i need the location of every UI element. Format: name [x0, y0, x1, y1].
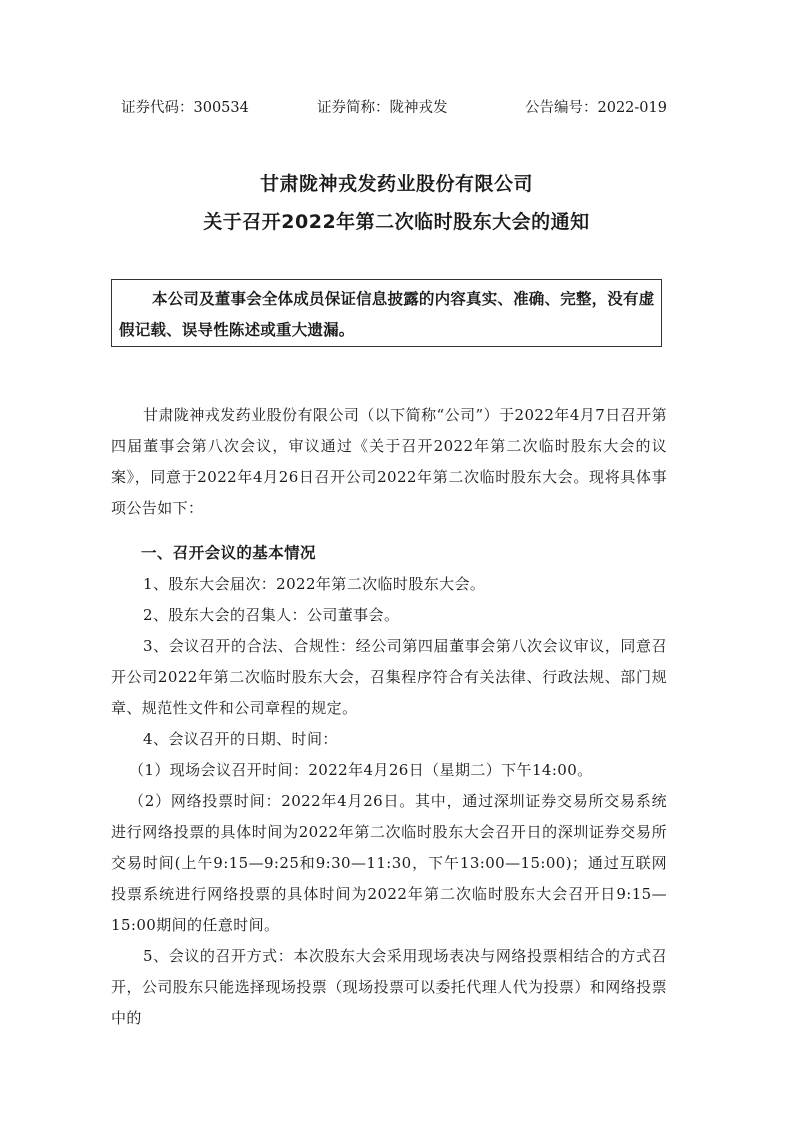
intro-paragraph: 甘肃陇神戎发药业股份有限公司（以下简称“公司”）于2022年4月7日召开第四届董… [111, 400, 667, 524]
stock-abbreviation: 证券简称：陇神戎发 [317, 96, 448, 117]
document-body: 甘肃陇神戎发药业股份有限公司（以下简称“公司”）于2022年4月7日召开第四届董… [111, 400, 667, 1034]
document-header: 证券代码：300534 证券简称：陇神戎发 公告编号：2022-019 [0, 96, 793, 118]
item-4-2: （2）网络投票时间：2022年4月26日。其中，通过深圳证券交易所交易系统进行网… [111, 786, 667, 941]
item-5: 5、会议的召开方式：本次股东大会采用现场表决与网络投票相结合的方式召开，公司股东… [111, 941, 667, 1034]
disclaimer-box: 本公司及董事会全体成员保证信息披露的内容真实、准确、完整，没有虚假记载、误导性陈… [111, 279, 662, 347]
section-heading: 一、召开会议的基本情况 [111, 538, 667, 569]
item-2: 2、股东大会的召集人：公司董事会。 [111, 600, 667, 631]
disclaimer-text: 本公司及董事会全体成员保证信息披露的内容真实、准确、完整，没有虚假记载、误导性陈… [112, 280, 661, 346]
item-3: 3、会议召开的合法、合规性：经公司第四届董事会第八次会议审议，同意召开公司202… [111, 631, 667, 724]
notice-title: 关于召开2022年第二次临时股东大会的通知 [0, 207, 793, 234]
item-4-1: （1）现场会议召开时间：2022年4月26日（星期二）下午14:00。 [111, 755, 667, 786]
item-4: 4、会议召开的日期、时间： [111, 724, 667, 755]
notice-number: 公告编号：2022-019 [525, 96, 667, 117]
stock-code: 证券代码：300534 [121, 96, 249, 117]
company-name-title: 甘肃陇神戎发药业股份有限公司 [0, 169, 793, 196]
item-1: 1、股东大会届次：2022年第二次临时股东大会。 [111, 569, 667, 600]
